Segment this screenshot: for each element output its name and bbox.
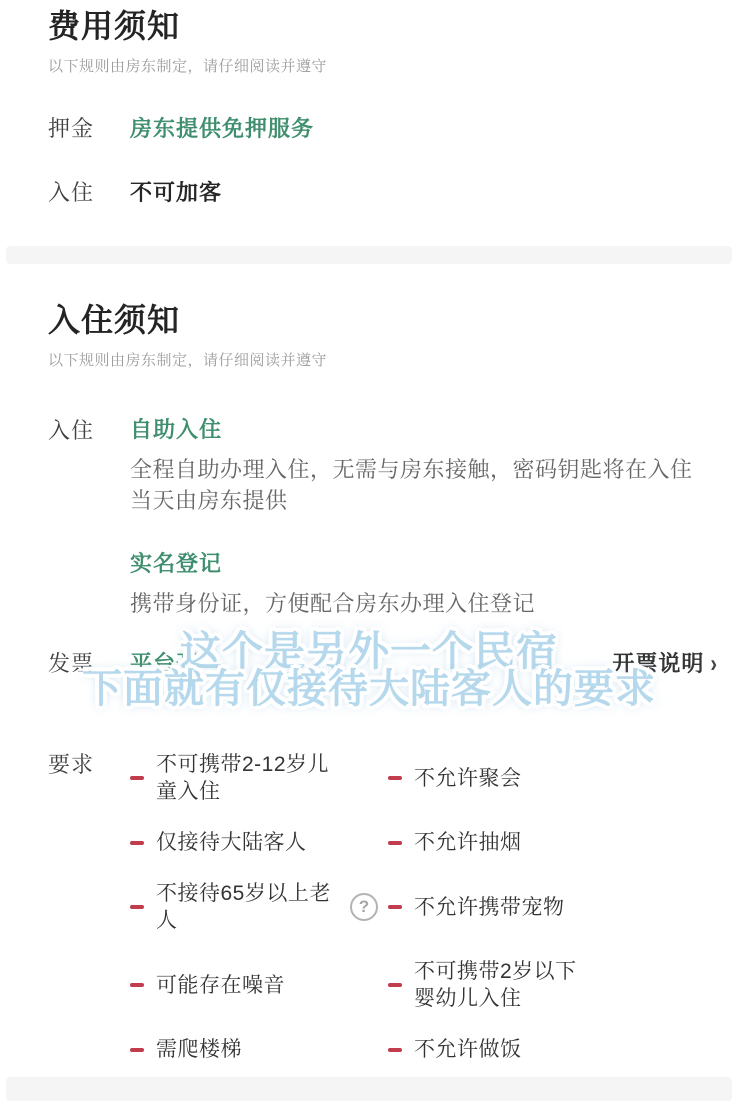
checkin-section-title: 入住须知 [48, 300, 718, 340]
fee-checkin-value: 不可加客 [130, 178, 222, 208]
deposit-row: 押金 房东提供免押服务 [48, 114, 718, 144]
fee-notice-section: 费用须知 以下规则由房东制定，请仔细阅读并遵守 押金 房东提供免押服务 入住 不… [0, 0, 738, 246]
requirement-text: 不允许聚会 [414, 765, 594, 792]
rules-page: 费用须知 以下规则由房东制定，请仔细阅读并遵守 押金 房东提供免押服务 入住 不… [0, 0, 738, 1101]
requirement-item: 不接待65岁以上老人 ? [130, 880, 388, 934]
dash-bullet-icon [130, 905, 144, 909]
dash-bullet-icon [130, 841, 144, 845]
requirement-item: 不允许携带宠物 [388, 894, 708, 921]
realname-item: 实名登记 携带身份证，方便配合房东办理入住登记 [130, 550, 696, 619]
requirement-item: 不允许做饭 [388, 1036, 708, 1063]
self-checkin-item: 自助入住 全程自助办理入住，无需与房东接触，密码钥匙将在入住当天由房东提供 [130, 416, 696, 516]
requirement-item: 不可携带2岁以下婴幼儿入住 [388, 958, 708, 1012]
deposit-value: 房东提供免押服务 [130, 114, 314, 144]
dash-bullet-icon [388, 983, 402, 987]
requirement-item: 可能存在噪音 [130, 972, 388, 999]
section-divider [6, 246, 732, 264]
chevron-right-icon: › [710, 645, 718, 683]
requirements-row: 要求 不可携带2-12岁儿童入住 不允许聚会 仅接待大陆客人 不允许抽烟 [48, 751, 718, 1063]
self-checkin-desc: 全程自助办理入住，无需与房东接触，密码钥匙将在入住当天由房东提供 [130, 454, 696, 516]
requirement-item: 需爬楼梯 [130, 1036, 388, 1063]
invoice-value: 平台开 [130, 649, 199, 679]
checkin-notice-section: 入住须知 以下规则由房东制定，请仔细阅读并遵守 入住 自助入住 全程自助办理入住… [0, 264, 738, 1077]
invoice-info-link[interactable]: 开票说明 › [612, 649, 718, 679]
fee-checkin-row: 入住 不可加客 [48, 178, 718, 208]
requirements-label: 要求 [48, 751, 130, 778]
requirements-grid: 不可携带2-12岁儿童入住 不允许聚会 仅接待大陆客人 不允许抽烟 不接待65岁… [130, 751, 708, 1063]
checkin-row: 入住 自助入住 全程自助办理入住，无需与房东接触，密码钥匙将在入住当天由房东提供… [48, 416, 718, 619]
dash-bullet-icon [388, 1048, 402, 1052]
invoice-info-link-label: 开票说明 [612, 649, 704, 679]
fee-section-title: 费用须知 [48, 0, 718, 46]
requirement-text: 仅接待大陆客人 [156, 829, 336, 856]
requirement-item: 不可携带2-12岁儿童入住 [130, 751, 388, 805]
requirement-text: 不允许携带宠物 [414, 894, 594, 921]
fee-checkin-label: 入住 [48, 178, 130, 208]
requirement-item: 仅接待大陆客人 [130, 829, 388, 856]
invoice-row: 发票 平台开 开票说明 › [48, 649, 718, 679]
requirement-text: 不可携带2-12岁儿童入住 [156, 751, 336, 805]
checkin-content: 自助入住 全程自助办理入住，无需与房东接触，密码钥匙将在入住当天由房东提供 实名… [130, 416, 696, 619]
requirement-text: 不允许抽烟 [414, 829, 594, 856]
dash-bullet-icon [130, 1048, 144, 1052]
requirement-text: 不可携带2岁以下婴幼儿入住 [414, 958, 594, 1012]
help-icon[interactable]: ? [350, 893, 378, 921]
requirement-text: 不接待65岁以上老人 [156, 880, 336, 934]
section-divider [6, 1077, 732, 1101]
dash-bullet-icon [388, 905, 402, 909]
invoice-label: 发票 [48, 649, 130, 679]
fee-section-subtitle: 以下规则由房东制定，请仔细阅读并遵守 [48, 58, 718, 76]
requirement-text: 可能存在噪音 [156, 972, 336, 999]
realname-desc: 携带身份证，方便配合房东办理入住登记 [130, 588, 696, 619]
requirement-text: 不允许做饭 [414, 1036, 594, 1063]
dash-bullet-icon [130, 776, 144, 780]
dash-bullet-icon [388, 776, 402, 780]
dash-bullet-icon [130, 983, 144, 987]
dash-bullet-icon [388, 841, 402, 845]
requirement-item: 不允许聚会 [388, 765, 708, 792]
realname-heading: 实名登记 [130, 550, 696, 578]
checkin-label: 入住 [48, 416, 130, 446]
self-checkin-heading: 自助入住 [130, 416, 696, 444]
checkin-section-subtitle: 以下规则由房东制定，请仔细阅读并遵守 [48, 352, 718, 370]
deposit-label: 押金 [48, 114, 130, 144]
requirement-text: 需爬楼梯 [156, 1036, 336, 1063]
requirement-item: 不允许抽烟 [388, 829, 708, 856]
